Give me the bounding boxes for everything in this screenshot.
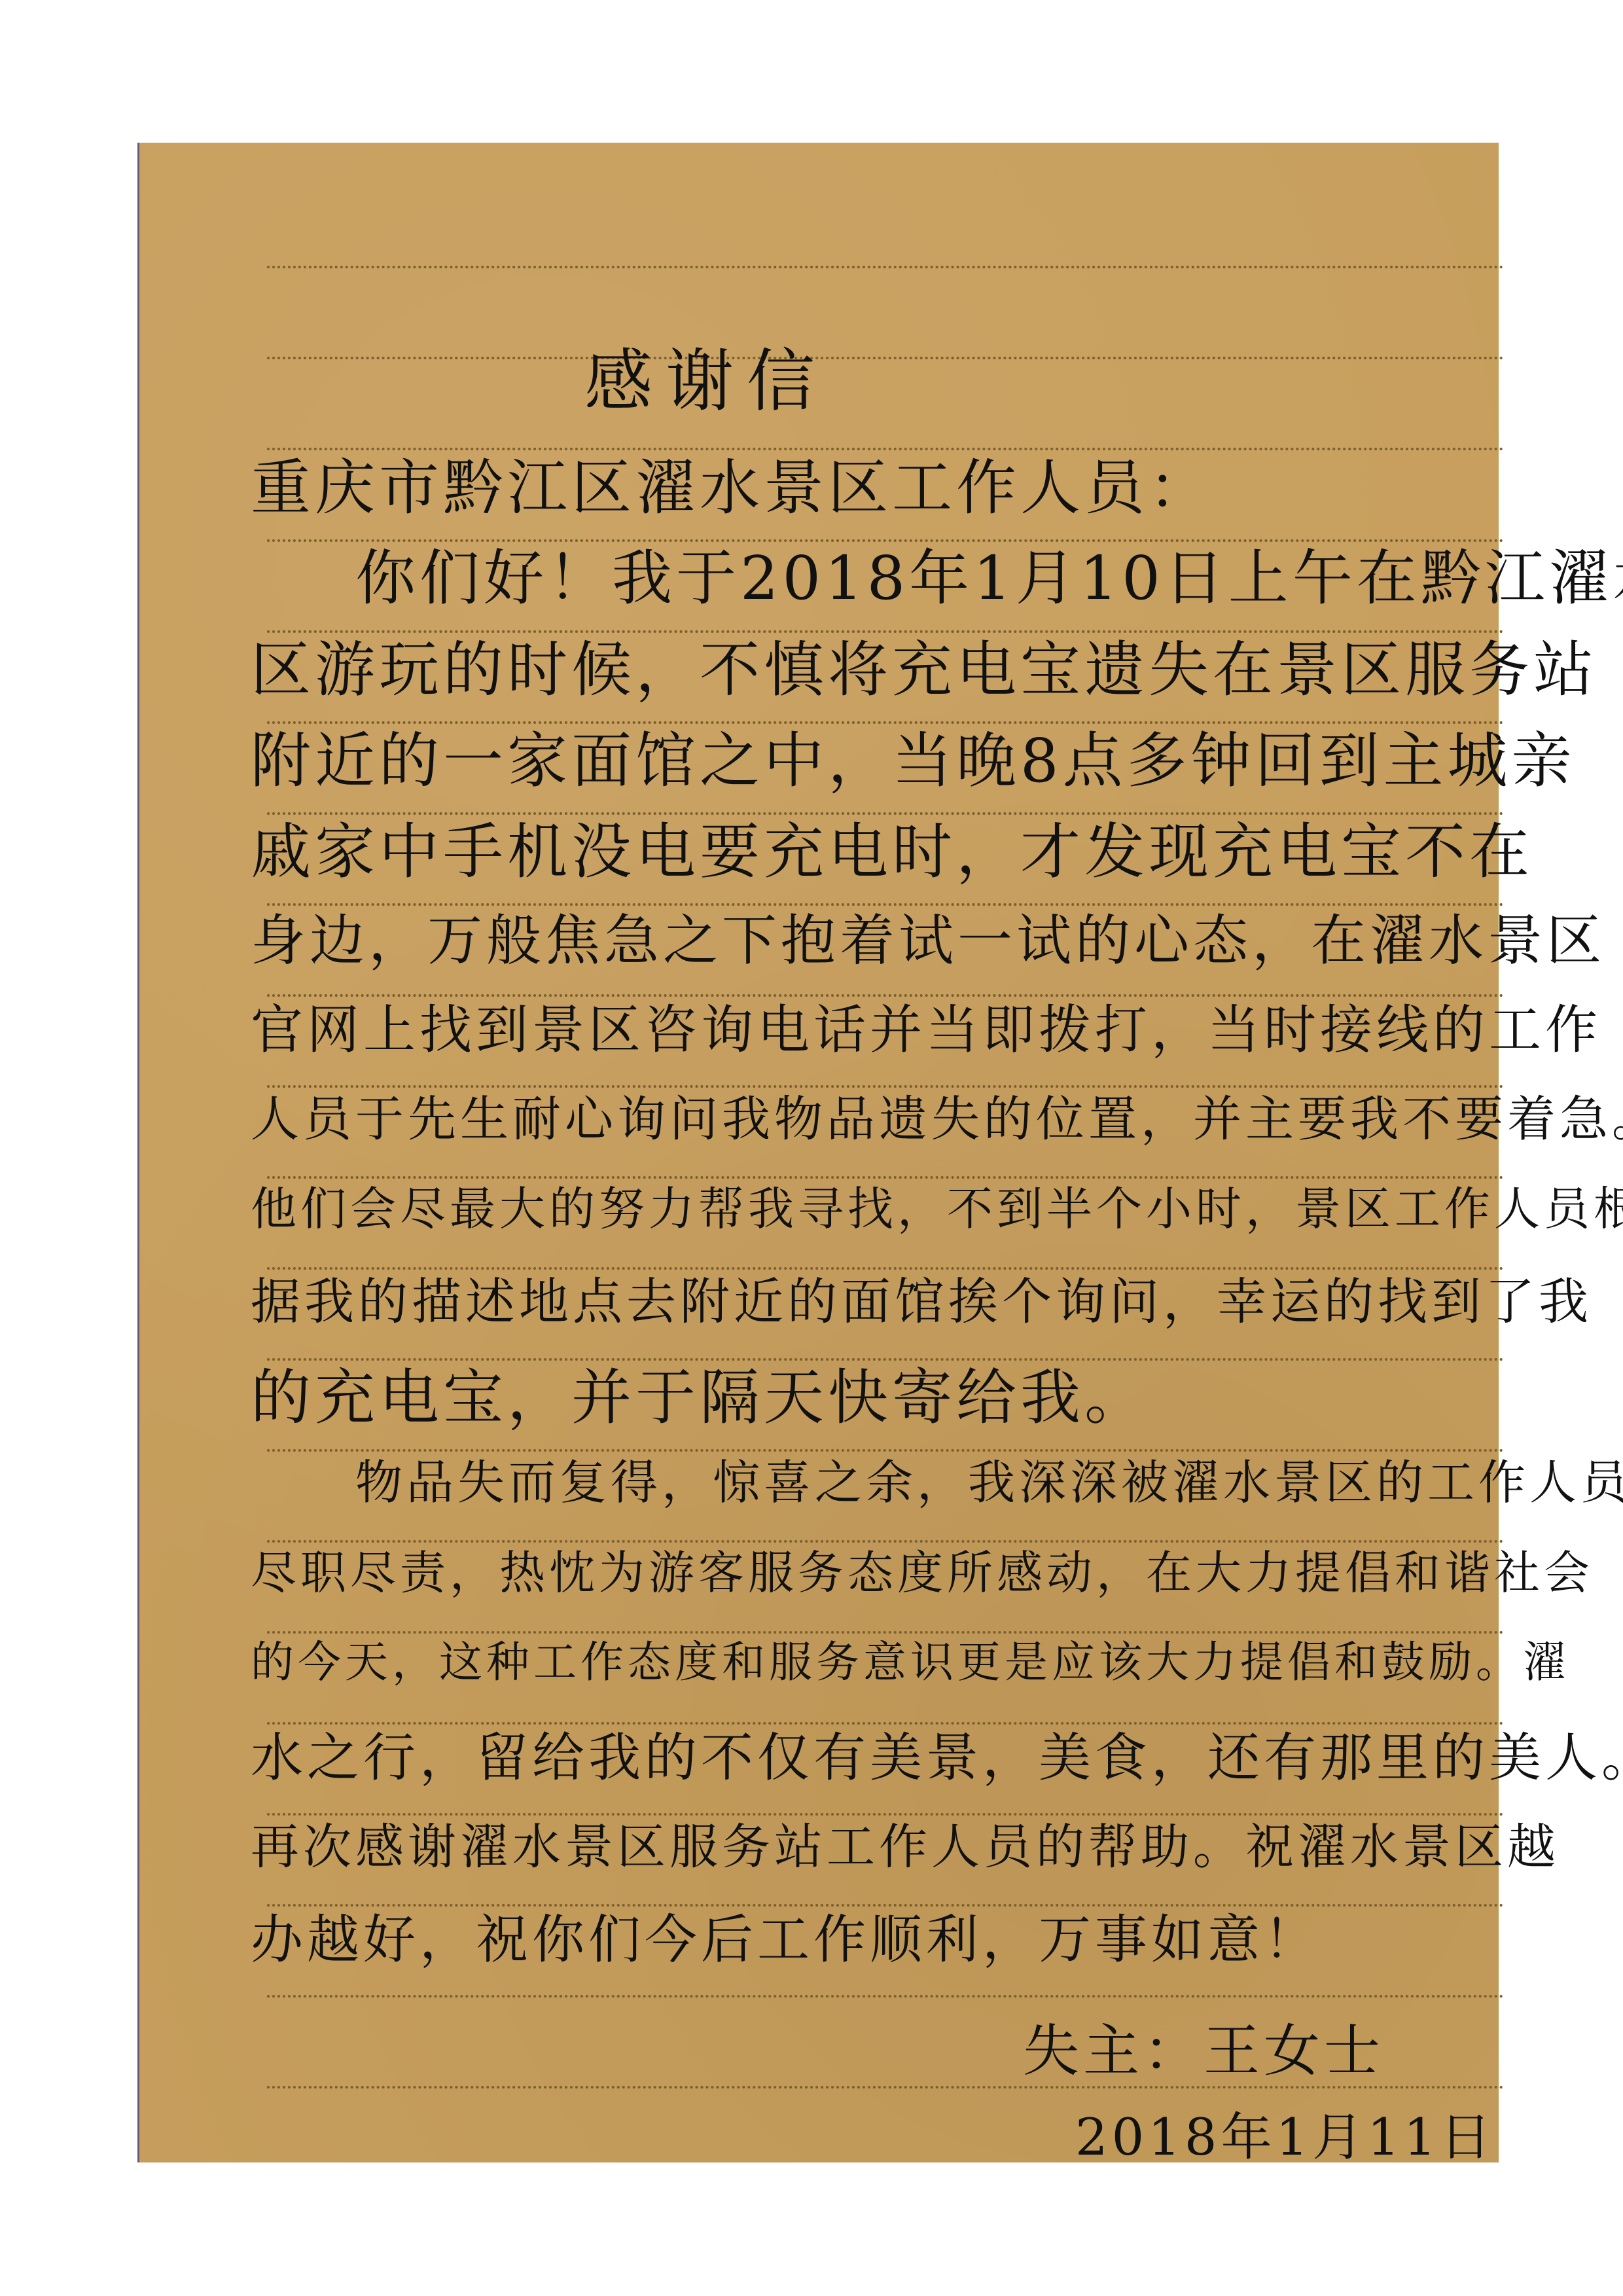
letter-line: 再次感谢濯水景区服务站工作人员的帮助。祝濯水景区越 bbox=[251, 1823, 1507, 1871]
ruling-line bbox=[267, 1267, 1504, 1270]
ruling-line bbox=[267, 539, 1504, 542]
ruling-line bbox=[267, 1540, 1504, 1543]
ruling-line bbox=[267, 1722, 1504, 1725]
ruling-line bbox=[267, 1176, 1504, 1179]
ruling-line bbox=[267, 448, 1504, 450]
letter-line: 据我的描述地点去附近的面馆挨个询问，幸运的找到了我 bbox=[251, 1277, 1507, 1327]
ruling-line bbox=[267, 1813, 1504, 1816]
letter-salutation: 重庆市黔江区濯水景区工作人员： bbox=[251, 458, 1507, 518]
signature-name: 王女士 bbox=[1204, 2018, 1384, 2084]
letter-title: 感谢信 bbox=[584, 326, 828, 424]
letter-line: 他们会尽最大的努力帮我寻找，不到半个小时，景区工作人员根 bbox=[251, 1186, 1507, 1232]
letter-line: 区游玩的时候，不慎将充电宝遗失在景区服务站 bbox=[251, 640, 1507, 700]
letter-line: 附近的一家面馆之中，当晚8点多钟回到主城亲 bbox=[251, 731, 1507, 791]
ruling-line bbox=[267, 721, 1504, 724]
signature-label: 失主： bbox=[1023, 2018, 1204, 2084]
ruling-line bbox=[267, 1904, 1504, 1907]
ruling-line bbox=[267, 630, 1504, 633]
letter-line: 戚家中手机没电要充电时，才发现充电宝不在 bbox=[251, 822, 1507, 882]
letter-paper: 感谢信 重庆市黔江区濯水景区工作人员： 你们好！我于2018年1月10日上午在黔… bbox=[137, 143, 1499, 2162]
letter-line: 办越好，祝你们今后工作顺利，万事如意！ bbox=[251, 1914, 1507, 1966]
ruling-line bbox=[267, 812, 1504, 815]
ruling-line bbox=[267, 994, 1504, 997]
ruling-line bbox=[267, 1995, 1504, 1998]
ruling-line bbox=[267, 357, 1504, 359]
ruling-line bbox=[267, 1449, 1504, 1452]
letter-line: 你们好！我于2018年1月10日上午在黔江濯水景 bbox=[355, 548, 1612, 609]
letter-line: 尽职尽责，热忱为游客服务态度所感动，在大力提倡和谐社会 bbox=[251, 1550, 1507, 1596]
ruling-line bbox=[267, 903, 1504, 906]
ruling-line bbox=[267, 1631, 1504, 1634]
ruling-line bbox=[267, 266, 1504, 268]
letter-line: 人员于先生耐心询问我物品遗失的位置，并主要我不要着急。 bbox=[251, 1095, 1507, 1143]
letter-line: 的充电宝，并于隔天快寄给我。 bbox=[251, 1368, 1507, 1428]
letter-line: 官网上找到景区咨询电话并当即拨打，当时接线的工作 bbox=[251, 1004, 1507, 1056]
ruling-line bbox=[267, 1085, 1504, 1088]
letter-line: 水之行，留给我的不仅有美景，美食，还有那里的美人。 bbox=[251, 1732, 1507, 1784]
letter-line: 的今天，这种工作态度和服务意识更是应该大力提倡和鼓励。濯 bbox=[251, 1641, 1507, 1684]
letter-line: 物品失而复得，惊喜之余，我深深被濯水景区的工作人员 bbox=[355, 1459, 1612, 1506]
letter-line: 身边，万般焦急之下抱着试一试的心态，在濯水景区 bbox=[251, 913, 1507, 968]
signature: 失主：王女士 bbox=[1023, 2005, 1384, 2087]
ruling-line bbox=[267, 1358, 1504, 1361]
signature-date: 2018年1月11日 bbox=[1075, 2096, 1495, 2170]
